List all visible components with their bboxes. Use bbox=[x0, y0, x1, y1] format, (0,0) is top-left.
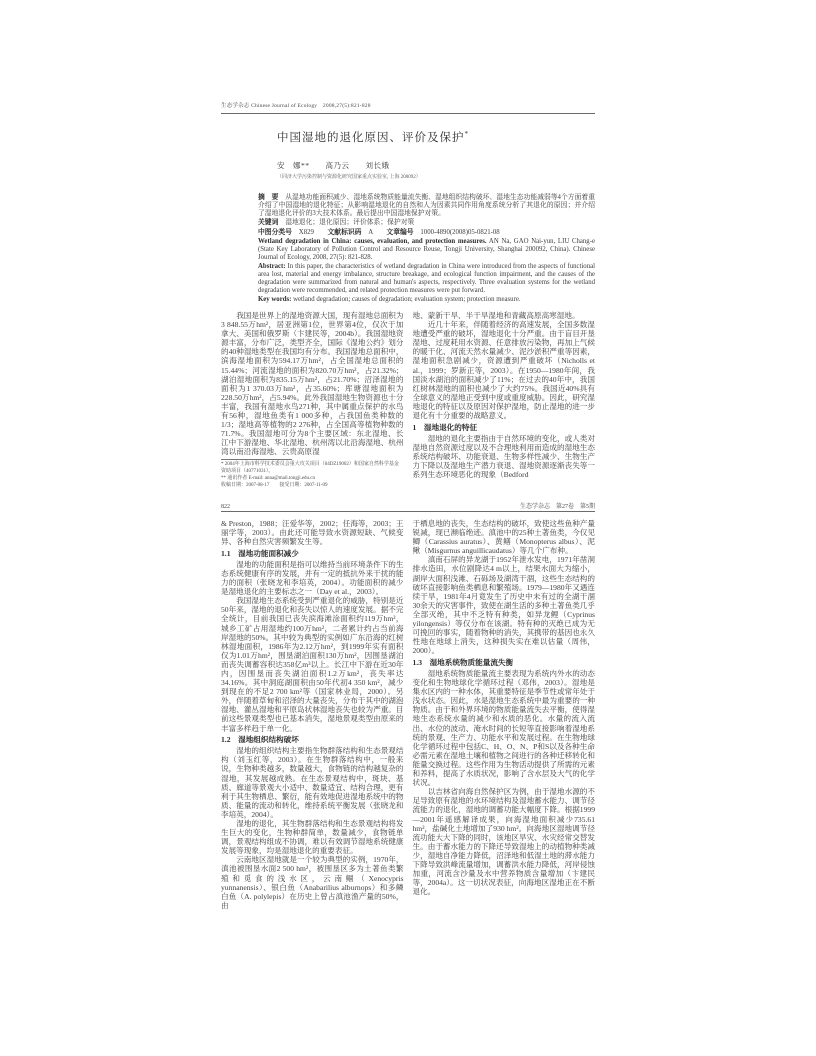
page-number: 822 bbox=[221, 504, 230, 510]
body-paragraph: 以吉林省向海自然保护区为例，由于湿地水源的不足导致原有湿地的水环境结构及湿地蓄水… bbox=[413, 787, 596, 896]
doc-code-label: 文献标识码 bbox=[327, 229, 368, 236]
abstract-block: 摘 要 从湿地功能面积减少、湿地系统物质能量流失衡、湿地组织结构破坏、湿地生态功… bbox=[258, 194, 595, 306]
article-id-label: 文章编号 bbox=[386, 229, 420, 236]
keywords-cn: 关键词 湿地退化；退化原因；评价体系；保护对策 bbox=[258, 219, 595, 227]
author-names: 安 娜** 高乃云 刘长娥 bbox=[277, 160, 390, 171]
body-paragraph: 于栖息地的丧失，生态结构的破坏，致使这些鱼种产量锐减，现已濒临绝迹。滇池中的25… bbox=[413, 519, 596, 555]
body-paragraph: 湿地的退化，其生物群落结构和生态景观结构将发生巨大的变化，生物种群简单，数量减少… bbox=[221, 819, 404, 855]
keywords-en: Key words: wetland degradation; causes o… bbox=[258, 296, 595, 304]
abstract-cn-text: 从湿地功能面积减少、湿地系统物质能量流失衡、湿地组织结构破坏、湿地生态功能减弱等… bbox=[258, 194, 595, 217]
journal-article-page: 生态学杂志 Chinese Journal of Ecology 2008,27… bbox=[0, 0, 816, 1056]
citation-en: Wetland degradation in China: causes, ev… bbox=[258, 238, 595, 262]
corresponding-author-footnote: ** 通讯作者 E-mail: anna@mail.tongji.edu.cn bbox=[221, 476, 403, 483]
body-paragraph: 湿地系统物质能量流主要表现为系统内外水的动态变化和生物地球化学循环过程（邓伟，2… bbox=[413, 669, 596, 787]
abstract-en: Abstract: In this paper, the characteris… bbox=[258, 263, 595, 295]
section-heading-1: 1 湿地退化的特征 bbox=[413, 423, 596, 432]
page2-right-column: 于栖息地的丧失，生态结构的破坏，致使这些鱼种产量锐减，现已濒临绝迹。滇池中的25… bbox=[413, 519, 596, 910]
abstract-cn: 摘 要 从湿地功能面积减少、湿地系统物质能量流失衡、湿地组织结构破坏、湿地生态功… bbox=[258, 194, 595, 218]
page2-running-head: 822 生态学杂志 第27卷 第5期 bbox=[221, 501, 595, 510]
abstract-en-label: Abstract: bbox=[258, 263, 286, 270]
page2-head-rule bbox=[221, 511, 595, 512]
classification-line: 中图分类号 X829 文献标识码 A 文章编号 1000-4890(2008)0… bbox=[258, 229, 595, 237]
body-paragraph: 地、蒙新干旱、半干旱湿地和青藏高原高寒湿地。 bbox=[413, 311, 596, 320]
page1-right-column: 地、蒙新干旱、半干旱湿地和青藏高原高寒湿地。 近几十年来，伴随着经济的高速发展，… bbox=[413, 311, 596, 503]
section-heading-1-1: 1.1 湿地功能面积减少 bbox=[221, 549, 404, 558]
article-id-value: 1000-4890(2008)05-0821-08 bbox=[420, 229, 499, 236]
article-title-text: 中国湿地的退化原因、评价及保护 bbox=[277, 132, 465, 144]
body-paragraph: 近几十年来，伴随着经济的高速发展，全国多数湿地遭受严重的破坏，湿地退化十分严重。… bbox=[413, 320, 596, 420]
journal-header-line: 生态学杂志 Chinese Journal of Ecology 2008,27… bbox=[221, 101, 595, 109]
section-heading-1-2: 1.2 湿地组织结构破坏 bbox=[221, 735, 404, 744]
funding-footnote: * 2004年上海市科学技术委员会重大攻关项目（04DZ19002）和国家自然科… bbox=[221, 462, 403, 476]
journal-header-rule bbox=[221, 113, 595, 114]
keywords-en-label: Key words: bbox=[258, 296, 291, 303]
footnote-block: * 2004年上海市科学技术委员会重大攻关项目（04DZ19002）和国家自然科… bbox=[221, 459, 403, 490]
page2-columns: & Preston，1988；汪爱华等，2002；任海等，2003；王丽学等，2… bbox=[221, 519, 595, 910]
abstract-en-text: In this paper, the characteristics of we… bbox=[258, 263, 595, 294]
author-affiliation: （同济大学污染控制与资源化研究国家重点实验室, 上海 200092） bbox=[277, 173, 421, 180]
clc-value: X829 bbox=[299, 229, 328, 236]
title-footnote-mark: * bbox=[465, 130, 470, 138]
page2-left-column: & Preston，1988；汪爱华等，2002；任海等，2003；王丽学等，2… bbox=[221, 519, 404, 910]
citation-en-title: Wetland degradation in China: causes, ev… bbox=[258, 238, 487, 245]
article-title: 中国湿地的退化原因、评价及保护* bbox=[277, 129, 469, 145]
keywords-en-text: wetland degradation; causes of degradati… bbox=[291, 296, 520, 303]
section-heading-1-3: 1.3 湿地系统物质能量流失衡 bbox=[413, 658, 596, 667]
body-paragraph: 我国湿地生态系统受到严重退化的威胁，特别是近50年来，湿地的退化和丧失以惊人的速… bbox=[221, 596, 404, 732]
body-paragraph: 湿地的退化主要指由于自然环境的变化，或人类对湿地自然资源过度以及不合理地利用而造… bbox=[413, 434, 596, 479]
abstract-cn-label: 摘 要 bbox=[258, 194, 285, 201]
body-paragraph: 湿地的组织结构主要指生物群落结构和生态景观结构（刘玉红等，2003）。在生物群落… bbox=[221, 746, 404, 819]
keywords-cn-label: 关键词 bbox=[258, 219, 285, 226]
doc-code-value: A bbox=[368, 229, 386, 236]
body-paragraph: 湿地的功能面积是指可以维持当前环境条件下的生态系统健康有序的发展，并有一定的抵抗… bbox=[221, 560, 404, 596]
footnote-rule bbox=[221, 459, 292, 460]
clc-label: 中图分类号 bbox=[258, 229, 299, 236]
body-paragraph: 云南地区湿地就是一个较为典型的实例，1970年，滇池被围垦水面2 500 hm²… bbox=[221, 855, 404, 910]
keywords-cn-text: 湿地退化；退化原因；评价体系；保护对策 bbox=[285, 219, 414, 226]
body-paragraph: & Preston，1988；汪爱华等，2002；任海等，2003；王丽学等，2… bbox=[221, 519, 404, 546]
received-dates-footnote: 收稿日期：2007-08-17 接受日期：2007-11-09 bbox=[221, 483, 403, 490]
body-paragraph: 我国是世界上的湿地资源大国，现有湿地总面积为3 848.55万hm²，居亚洲第1… bbox=[221, 311, 404, 457]
body-paragraph: 滇南石屏的异龙湖于1952年泄水发电，1971年凿洞排水造田，水位剧降达4 m以… bbox=[413, 555, 596, 655]
running-head-text: 生态学杂志 第27卷 第5期 bbox=[520, 501, 595, 510]
